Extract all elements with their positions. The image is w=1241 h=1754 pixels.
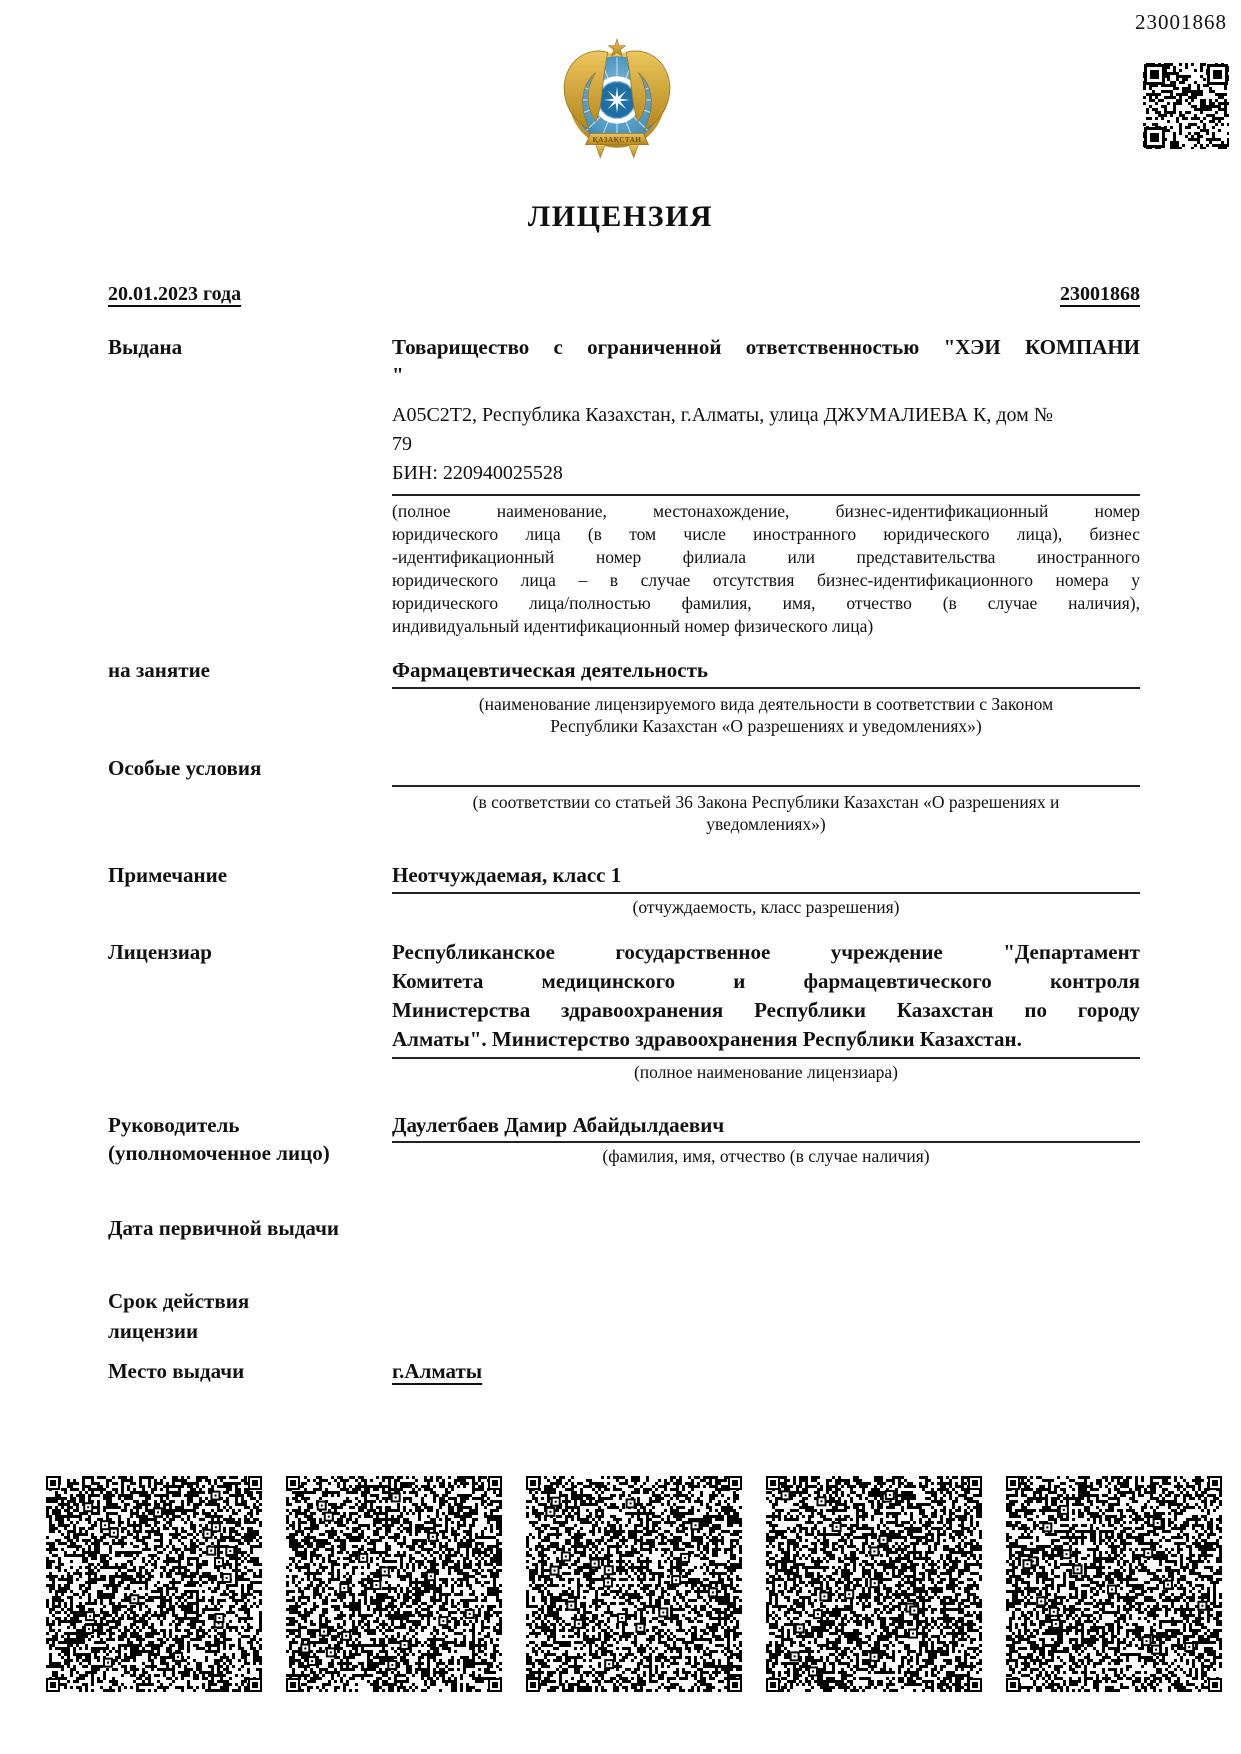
activity-label: на занятие	[108, 656, 378, 684]
field-rule	[392, 892, 1140, 894]
footnote-line: юридического лица (в том числе иностранн…	[392, 523, 1140, 546]
kazakhstan-emblem-icon: ҚАЗАҚСТАН	[551, 36, 683, 168]
date-and-number-row: 20.01.2023 года 23001868	[108, 283, 1140, 306]
license-number: 23001868	[1060, 283, 1140, 306]
head-value: Даулетбаев Дамир Абайдылдаевич	[392, 1111, 1140, 1139]
special-conditions-value	[392, 754, 1140, 785]
special-conditions-label: Особые условия	[108, 754, 378, 782]
document-title: ЛИЦЕНЗИЯ	[0, 200, 1241, 234]
section-activity: на занятие Фармацевтическая деятельность…	[108, 656, 1140, 737]
section-special-conditions: Особые условия (в соответствии со статье…	[108, 754, 1140, 835]
company-address-line: 79	[392, 430, 1140, 459]
field-rule	[392, 785, 1140, 787]
emblem-banner-text: ҚАЗАҚСТАН	[593, 136, 642, 144]
barcode-noise-block-5	[1006, 1476, 1222, 1692]
activity-caption-line: Республики Казахстан «О разрешениях и ув…	[392, 715, 1140, 737]
corner-document-number: 23001868	[1135, 10, 1227, 35]
section-issued-to: Выдана Товарищество с ограниченной ответ…	[108, 333, 1140, 638]
issued-to-footnote: (полное наименование, местонахождение, б…	[392, 500, 1140, 638]
footnote-line: (полное наименование, местонахождение, б…	[392, 500, 1140, 523]
company-name-line: Товарищество с ограниченной ответственно…	[392, 333, 1140, 361]
head-label-line: (уполномоченное лицо)	[108, 1139, 378, 1167]
section-remark: Примечание Неотчуждаемая, класс 1 (отчуж…	[108, 861, 1140, 918]
licensor-value-line: Комитета медицинского и фармацевтическог…	[392, 967, 1140, 996]
licensor-label: Лицензиар	[108, 938, 378, 966]
validity-label-line: Срок действия	[108, 1286, 378, 1316]
validity-label-line: лицензии	[108, 1316, 378, 1346]
field-rule	[392, 687, 1140, 689]
field-rule	[392, 494, 1140, 496]
barcode-noise-block-4	[766, 1476, 982, 1692]
license-document: 23001868 ҚАЗАҚСТАН ЛИЦЕНЗИЯ 20.01.2023 г…	[0, 0, 1241, 1754]
footnote-line: юридического лица – в случае отсутствия …	[392, 569, 1140, 592]
head-caption: (фамилия, имя, отчество (в случае наличи…	[392, 1145, 1140, 1167]
footnote-line: юридического лица/полностью фамилия, имя…	[392, 592, 1140, 615]
section-head: Руководитель (уполномоченное лицо) Дауле…	[108, 1111, 1140, 1167]
footnote-line: индивидуальный идентификационный номер ф…	[392, 615, 1140, 638]
barcode-noise-block-3	[526, 1476, 742, 1692]
company-name-line: "	[392, 361, 1140, 389]
field-rule	[392, 1141, 1140, 1143]
licensor-value-line: Алматы". Министерство здравоохранения Ре…	[392, 1025, 1140, 1054]
company-address-line: А05С2Т2, Республика Казахстан, г.Алматы,…	[392, 401, 1140, 430]
remark-label: Примечание	[108, 861, 378, 889]
barcode-noise-block-1	[46, 1476, 262, 1692]
licensor-caption: (полное наименование лицензиара)	[392, 1061, 1140, 1083]
activity-caption-line: (наименование лицензируемого вида деятел…	[392, 693, 1140, 715]
head-label-line: Руководитель	[108, 1111, 378, 1139]
barcode-noise-block-2	[286, 1476, 502, 1692]
remark-caption: (отчуждаемость, класс разрешения)	[392, 896, 1140, 918]
field-rule	[392, 1057, 1140, 1059]
activity-value: Фармацевтическая деятельность	[392, 656, 1140, 684]
remark-value: Неотчуждаемая, класс 1	[392, 861, 1140, 889]
company-bin: БИН: 220940025528	[392, 459, 1140, 488]
barcode-row	[46, 1476, 1222, 1692]
issue-place-value: г.Алматы	[392, 1359, 482, 1383]
licensor-value-line: Республиканское государственное учрежден…	[392, 938, 1140, 967]
licensor-value-line: Министерства здравоохранения Республики …	[392, 996, 1140, 1025]
issue-date: 20.01.2023 года	[108, 283, 241, 306]
first-issue-label: Дата первичной выдачи	[108, 1214, 378, 1242]
footnote-line: -идентификационный номер филиала или пре…	[392, 546, 1140, 569]
section-issue-place: Место выдачи г.Алматы	[108, 1357, 1140, 1386]
issue-place-label: Место выдачи	[108, 1357, 378, 1385]
issued-to-label: Выдана	[108, 333, 378, 361]
special-caption-line: (в соответствии со статьей 36 Закона Рес…	[392, 791, 1140, 813]
qr-code-icon	[1140, 60, 1232, 152]
special-caption-line: уведомлениях»)	[392, 813, 1140, 835]
section-licensor: Лицензиар Республиканское государственно…	[108, 938, 1140, 1083]
